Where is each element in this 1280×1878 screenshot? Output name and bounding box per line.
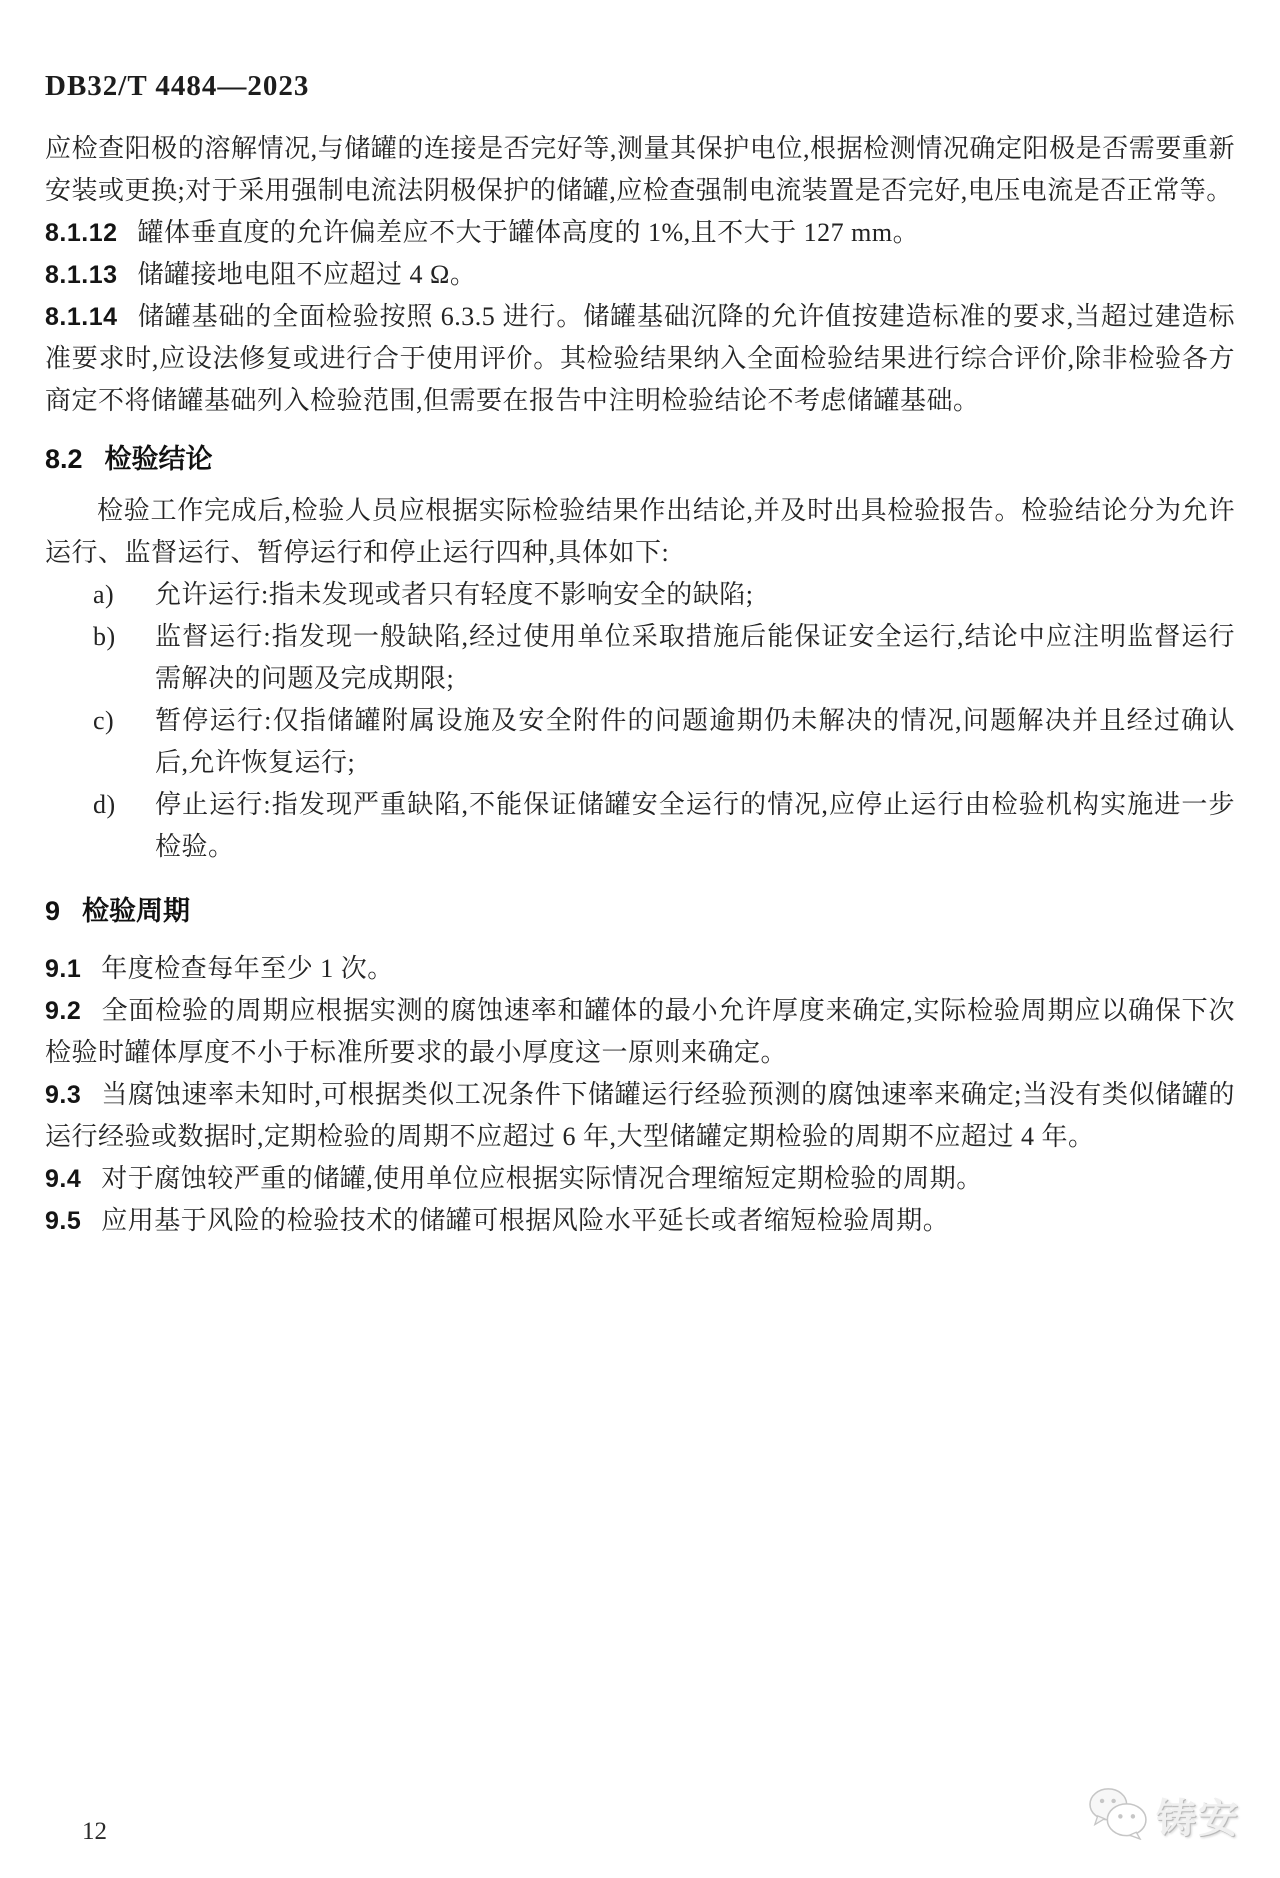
standard-code-header: DB32/T 4484—2023 [45,70,1235,110]
paragraph-anode-inspection: 应检查阳极的溶解情况,与储罐的连接是否完好等,测量其保护电位,根据检测情况确定阳… [45,128,1235,212]
clause-8-1-13: 8.1.13储罐接地电阻不应超过 4 Ω。 [45,254,1235,296]
section-title: 检验结论 [105,444,213,474]
clause-text: 罐体垂直度的允许偏差应不大于罐体高度的 1%,且不大于 127 mm。 [138,218,920,247]
clause-9-1: 9.1年度检查每年至少 1 次。 [45,948,1235,990]
watermark: 铸安 [1086,1786,1240,1845]
list-item-text: 允许运行:指未发现或者只有轻度不影响安全的缺陷; [155,580,753,609]
clause-number: 9.1 [45,955,81,983]
clause-number: 8.1.13 [45,261,118,289]
page-number: 12 [82,1818,107,1846]
clause-9-3: 9.3当腐蚀速率未知时,可根据类似工况条件下储罐运行经验预测的腐蚀速率来确定;当… [45,1074,1235,1158]
paragraph-conclusion-intro: 检验工作完成后,检验人员应根据实际检验结果作出结论,并及时出具检验报告。检验结论… [45,490,1235,574]
clause-number: 9.3 [45,1081,81,1109]
clause-8-1-14: 8.1.14储罐基础的全面检验按照 6.3.5 进行。储罐基础沉降的允许值按建造… [45,296,1235,422]
list-item-text: 暂停运行:仅指储罐附属设施及安全附件的问题逾期仍未解决的情况,问题解决并且经过确… [155,706,1235,777]
clause-text: 应用基于风险的检验技术的储罐可根据风险水平延长或者缩短检验周期。 [101,1206,949,1235]
clause-8-1-12: 8.1.12罐体垂直度的允许偏差应不大于罐体高度的 1%,且不大于 127 mm… [45,212,1235,254]
list-item-c: c)暂停运行:仅指储罐附属设施及安全附件的问题逾期仍未解决的情况,问题解决并且经… [45,700,1235,784]
clause-text: 储罐基础的全面检验按照 6.3.5 进行。储罐基础沉降的允许值按建造标准的要求,… [45,302,1235,415]
list-item-label: a) [93,574,114,616]
wechat-icon [1086,1786,1148,1845]
list-item-label: c) [93,700,114,742]
section-number: 9 [45,896,60,926]
clause-9-5: 9.5应用基于风险的检验技术的储罐可根据风险水平延长或者缩短检验周期。 [45,1200,1235,1242]
clause-number: 9.2 [45,997,81,1025]
list-item-label: b) [93,616,116,658]
clause-9-4: 9.4对于腐蚀较严重的储罐,使用单位应根据实际情况合理缩短定期检验的周期。 [45,1158,1235,1200]
clause-text: 储罐接地电阻不应超过 4 Ω。 [138,260,477,289]
clause-number: 9.4 [45,1165,81,1193]
clause-9-2: 9.2全面检验的周期应根据实测的腐蚀速率和罐体的最小允许厚度来确定,实际检验周期… [45,990,1235,1074]
list-item-d: d)停止运行:指发现严重缺陷,不能保证储罐安全运行的情况,应停止运行由检验机构实… [45,784,1235,868]
section-heading-9: 9检验周期 [45,890,1235,932]
page-content: DB32/T 4484—2023 应检查阳极的溶解情况,与储罐的连接是否完好等,… [45,70,1235,1242]
clause-text: 对于腐蚀较严重的储罐,使用单位应根据实际情况合理缩短定期检验的周期。 [101,1164,983,1193]
list-item-text: 监督运行:指发现一般缺陷,经过使用单位采取措施后能保证安全运行,结论中应注明监督… [155,622,1235,693]
document-page: DB32/T 4484—2023 应检查阳极的溶解情况,与储罐的连接是否完好等,… [0,0,1280,1878]
clause-text: 当腐蚀速率未知时,可根据类似工况条件下储罐运行经验预测的腐蚀速率来确定;当没有类… [45,1080,1235,1151]
list-item-a: a)允许运行:指未发现或者只有轻度不影响安全的缺陷; [45,574,1235,616]
section-title: 检验周期 [82,896,190,926]
clause-text: 全面检验的周期应根据实测的腐蚀速率和罐体的最小允许厚度来确定,实际检验周期应以确… [45,996,1235,1067]
conclusion-type-list: a)允许运行:指未发现或者只有轻度不影响安全的缺陷; b)监督运行:指发现一般缺… [45,574,1235,868]
list-item-text: 停止运行:指发现严重缺陷,不能保证储罐安全运行的情况,应停止运行由检验机构实施进… [155,790,1235,861]
list-item-b: b)监督运行:指发现一般缺陷,经过使用单位采取措施后能保证安全运行,结论中应注明… [45,616,1235,700]
list-item-label: d) [93,784,116,826]
section-number: 8.2 [45,444,83,474]
clause-number: 8.1.12 [45,219,118,247]
watermark-label: 铸安 [1156,1787,1240,1844]
clause-text: 年度检查每年至少 1 次。 [101,954,394,983]
clause-number: 8.1.14 [45,303,118,331]
clause-number: 9.5 [45,1207,81,1235]
section-heading-8-2: 8.2检验结论 [45,438,1235,480]
